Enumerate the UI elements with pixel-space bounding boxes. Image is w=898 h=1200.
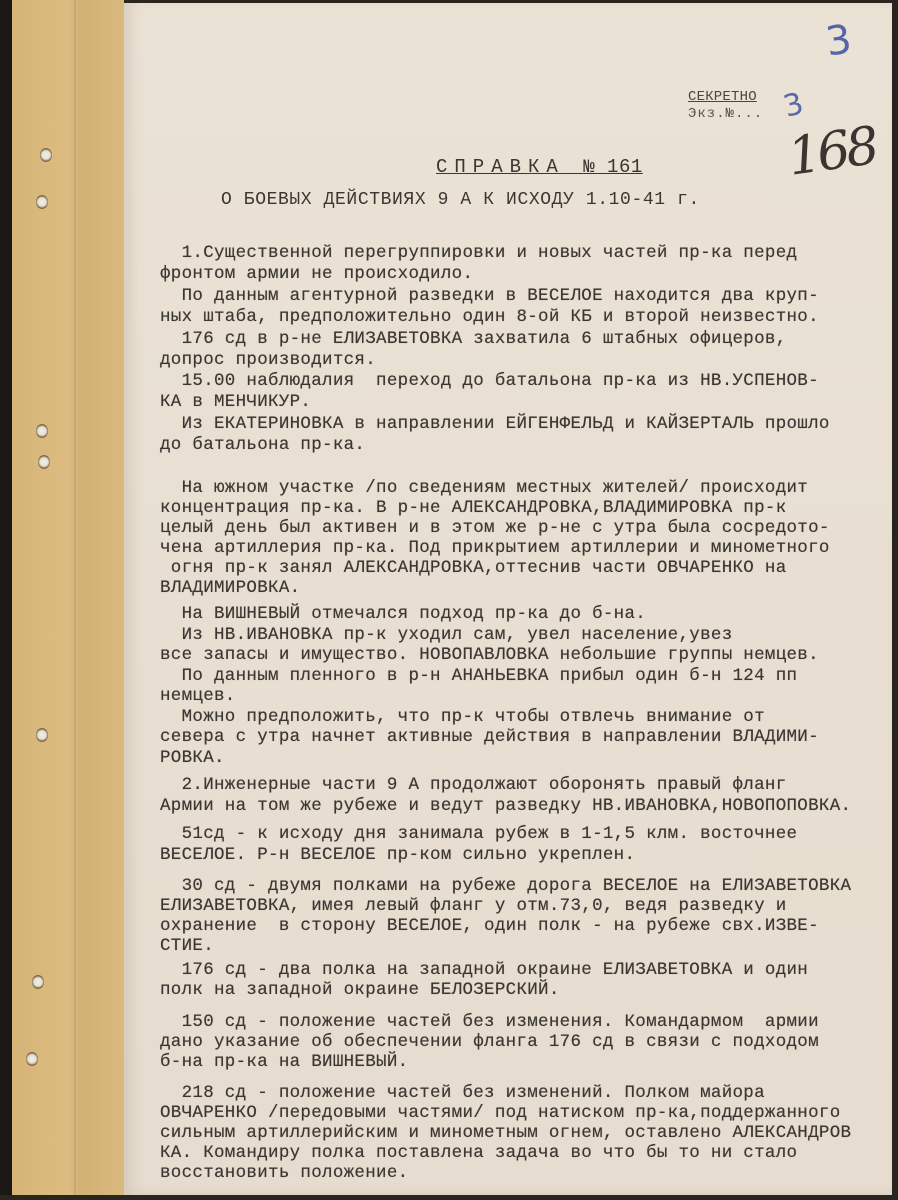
punch-hole-icon — [36, 728, 48, 742]
body-line: 176 сд - два полка на западной окраине Е… — [160, 960, 808, 980]
page-bottom-edge — [0, 1195, 898, 1200]
body-line: 2.Инженерные части 9 А продолжают оборон… — [160, 775, 787, 795]
body-line: до батальона пр-ка. — [160, 435, 365, 455]
title-word: СПРАВКА — [436, 156, 565, 178]
body-line: 30 сд - двумя полками на рубеже дорога В… — [160, 876, 851, 896]
body-line: б-на пр-ка на ВИШНЕВЫЙ. — [160, 1052, 408, 1072]
page-top-edge — [124, 0, 898, 3]
body-line: Из ЕКАТЕРИНОВКА в направлении ЕЙГЕНФЕЛЬД… — [160, 414, 830, 434]
body-line: ЕЛИЗАВЕТОВКА, имея левый фланг у отм.73,… — [160, 896, 787, 916]
punch-hole-icon — [32, 975, 44, 989]
body-line: 176 сд в р-не ЕЛИЗАВЕТОВКА захватила 6 ш… — [160, 329, 787, 349]
classification-stamp: СЕКРЕТНО — [688, 89, 757, 105]
body-line: севера с утра начнет активные действия в… — [160, 727, 819, 747]
document-title: СПРАВКА № 161 — [436, 156, 643, 178]
body-line: На ВИШНЕВЫЙ отмечался подход пр-ка до б-… — [160, 604, 646, 624]
body-line: сильным артиллерийским и минометным огне… — [160, 1123, 851, 1143]
handwritten-sheet-number: 168 — [784, 116, 879, 188]
body-line: По данным пленного в р-н АНАНЬЕВКА прибы… — [160, 666, 797, 686]
body-line: целый день был активен и в этом же р-не … — [160, 518, 830, 538]
body-line: огня пр-к занял АЛЕКСАНДРОВКА,оттеснив ч… — [160, 558, 787, 578]
body-line: все запасы и имущество. НОВОПАВЛОВКА неб… — [160, 645, 819, 665]
body-line: 1.Существенной перегруппировки и новых ч… — [160, 243, 797, 263]
binding-strip — [12, 0, 126, 1195]
body-line: СТИЕ. — [160, 936, 214, 956]
body-line: КА. Командиру полка поставлена задача во… — [160, 1143, 797, 1163]
body-line: охранение в сторону ВЕСЕЛОЕ, один полк -… — [160, 916, 819, 936]
body-line: Из НВ.ИВАНОВКА пр-к уходил сам, увел нас… — [160, 625, 733, 645]
document-subtitle: О БОЕВЫХ ДЕЙСТВИЯХ 9 А К ИСХОДУ 1.10-41 … — [221, 190, 700, 210]
body-line: ВЛАДИМИРОВКА. — [160, 578, 300, 598]
body-line: концентрация пр-ка. В р-не АЛЕКСАНДРОВКА… — [160, 498, 787, 518]
punch-hole-icon — [26, 1052, 38, 1066]
body-line: ВЕСЕЛОЕ. Р-н ВЕСЕЛОЕ пр-ком сильно укреп… — [160, 845, 635, 865]
copy-number-label: Экз.№... — [688, 106, 763, 122]
body-line: Армии на том же рубеже и ведут разведку … — [160, 796, 851, 816]
body-line: На южном участке /по сведениям местных ж… — [160, 478, 808, 498]
body-line: 150 сд - положение частей без изменения.… — [160, 1012, 819, 1032]
body-line: 218 сд - положение частей без изменений.… — [160, 1083, 765, 1103]
body-line: РОВКА. — [160, 748, 225, 768]
punch-hole-icon — [36, 195, 48, 209]
body-line: фронтом армии не происходило. — [160, 264, 473, 284]
body-line: допрос производится. — [160, 350, 376, 370]
body-line: Можно предположить, что пр-к чтобы отвле… — [160, 707, 765, 727]
body-line: чена артиллерия пр-ка. Под прикрытием ар… — [160, 538, 830, 558]
body-line: полк на западной окраине БЕЛОЗЕРСКИЙ. — [160, 980, 560, 1000]
body-line: 15.00 наблюдалия переход до батальона пр… — [160, 371, 819, 391]
punch-hole-icon — [36, 424, 48, 438]
page-right-edge — [892, 0, 898, 1200]
punch-hole-icon — [40, 148, 52, 162]
body-line: КА в МЕНЧИКУР. — [160, 392, 311, 412]
body-line: восстановить положение. — [160, 1163, 408, 1183]
body-line: 51сд - к исходу дня занимала рубеж в 1-1… — [160, 824, 797, 844]
body-line: дано указание об обеспечении фланга 176 … — [160, 1032, 819, 1052]
title-number: № 161 — [583, 156, 643, 178]
body-line: По данным агентурной разведки в ВЕСЕЛОЕ … — [160, 286, 819, 306]
binding-fold-line — [74, 0, 76, 1195]
body-line: немцев. — [160, 686, 236, 706]
body-line: ных штаба, предположительно один 8-ой КБ… — [160, 307, 819, 327]
punch-hole-icon — [38, 455, 50, 469]
body-line: ОВЧАРЕНКО /передовыми частями/ под натис… — [160, 1103, 841, 1123]
